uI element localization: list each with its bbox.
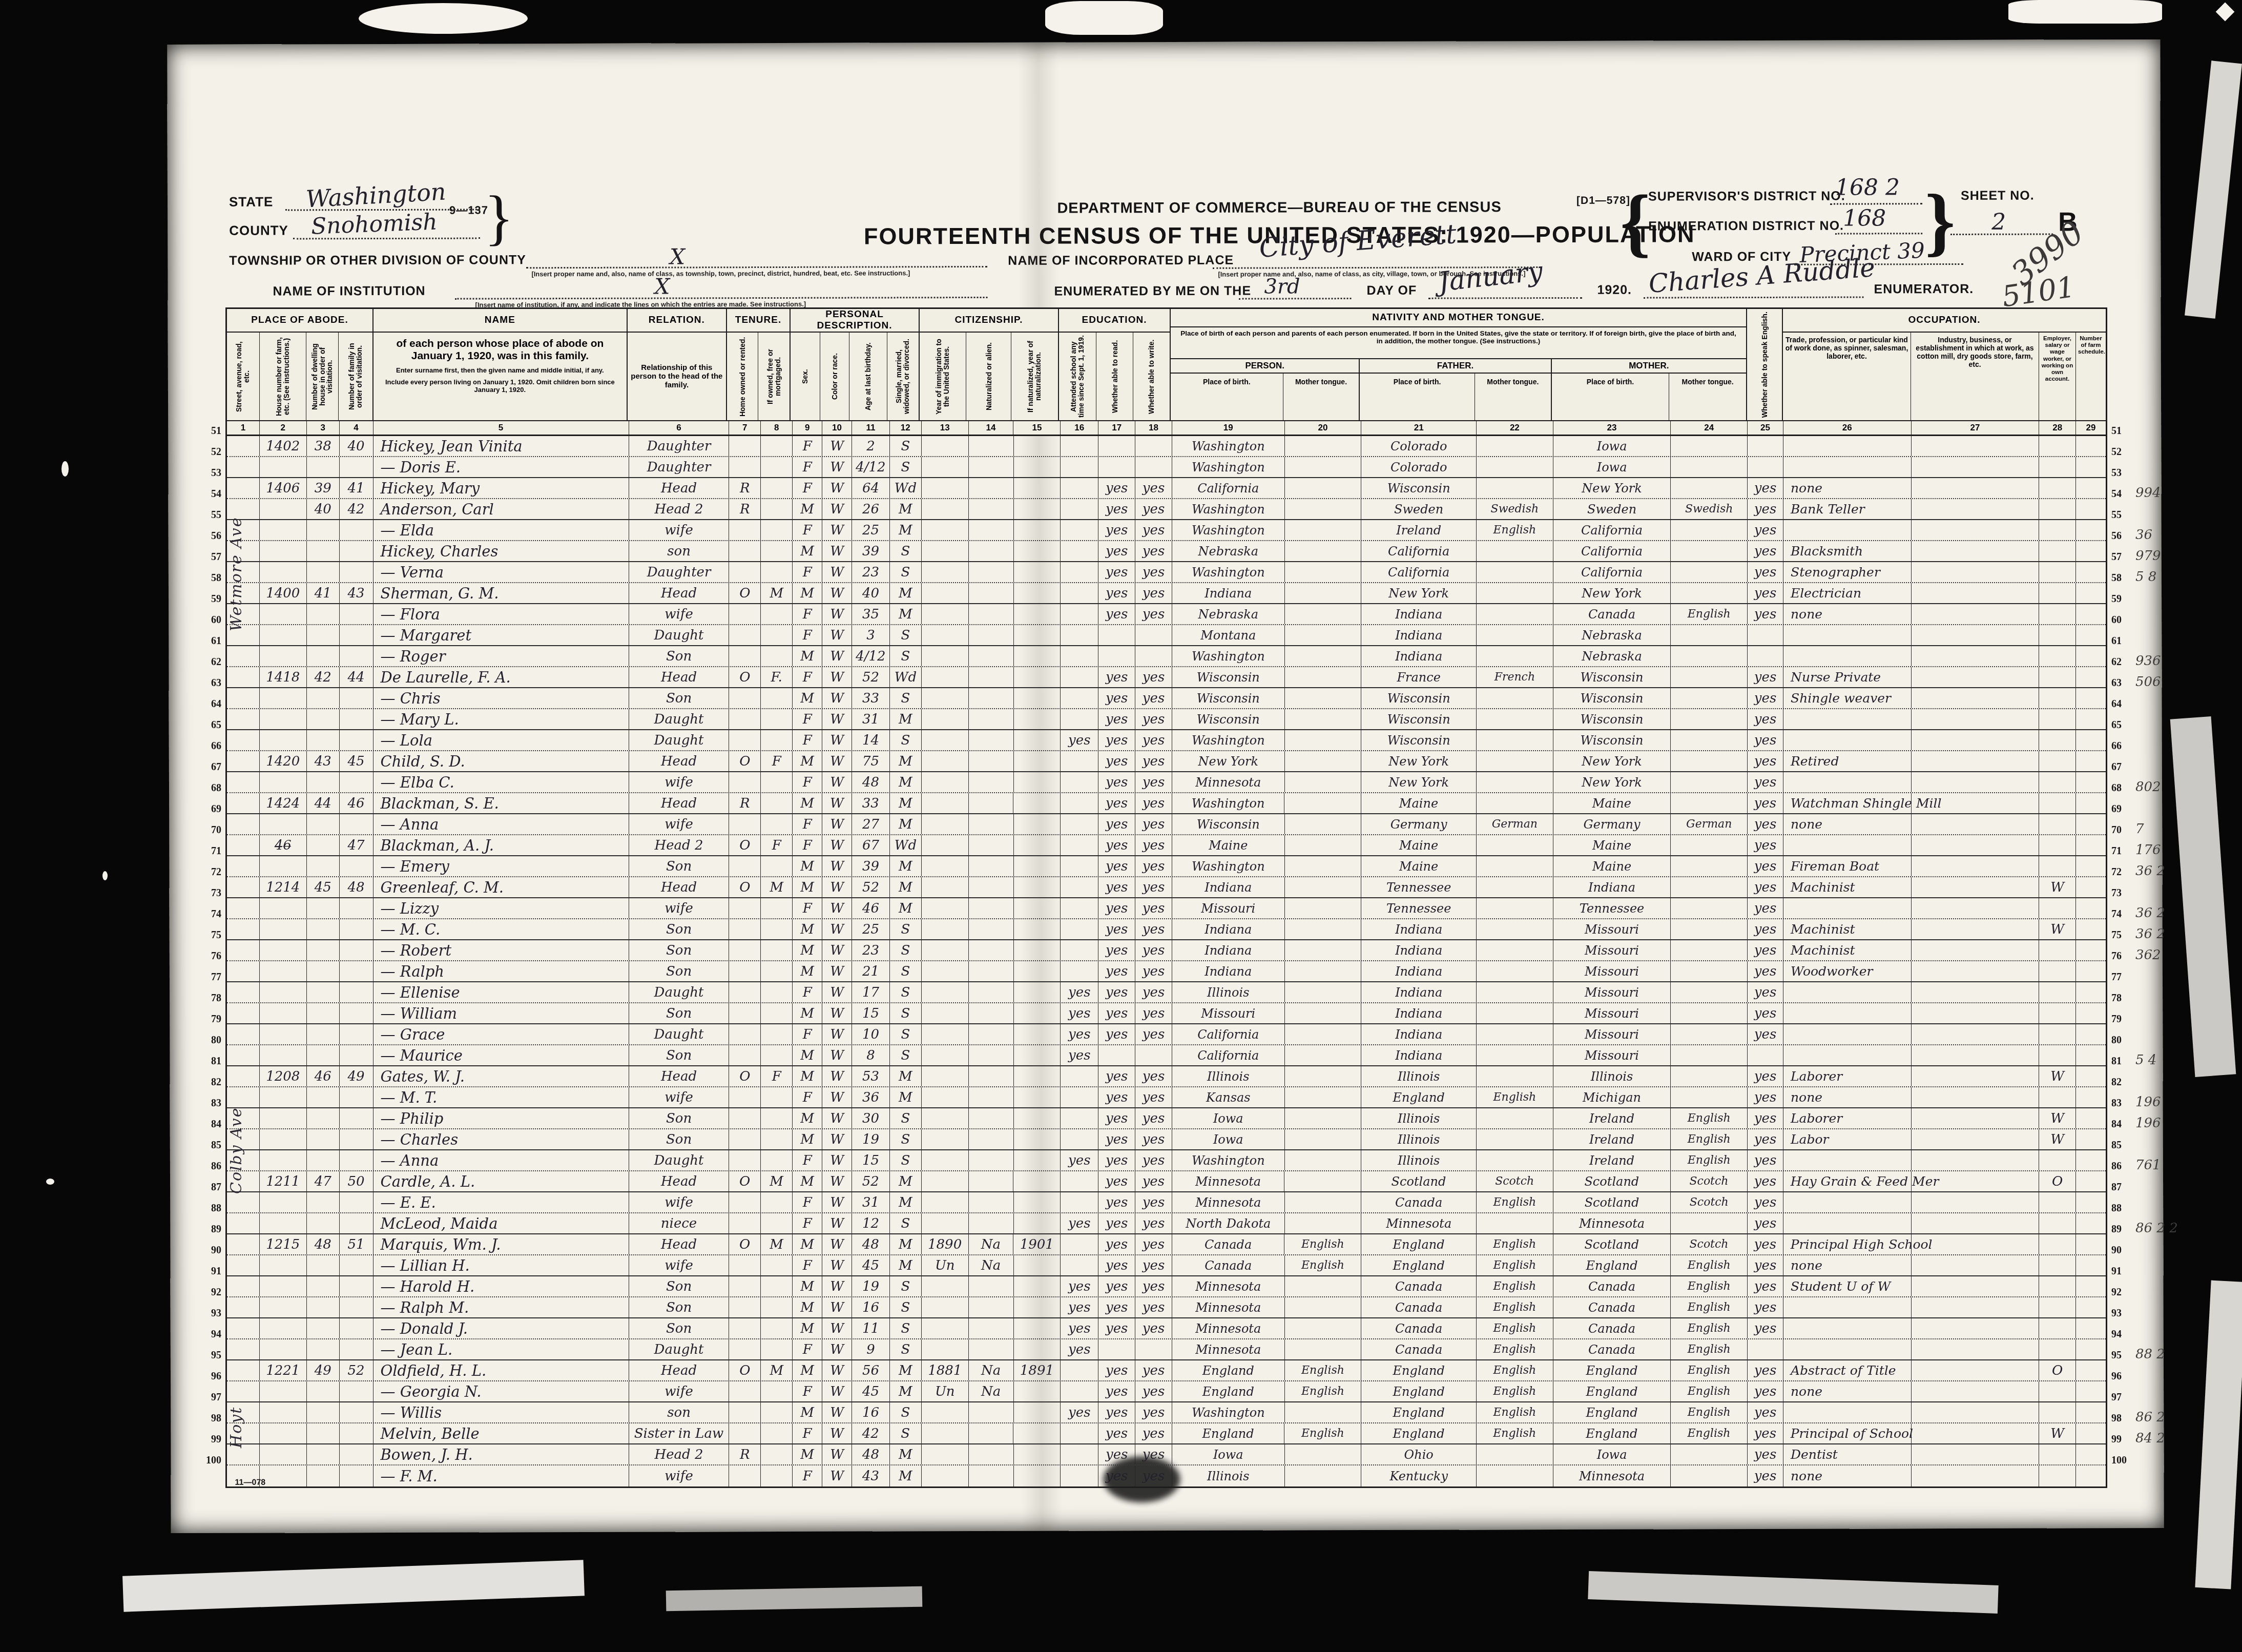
cell-col21: England xyxy=(1361,1381,1477,1401)
cell-col2 xyxy=(260,898,307,918)
cell-col29 xyxy=(2076,1129,2106,1149)
cell-col11: 3 xyxy=(852,625,890,645)
cell-col24: English xyxy=(1671,1402,1748,1422)
cell-col20 xyxy=(1284,1171,1361,1191)
cell-col26 xyxy=(1783,709,1912,729)
film-right-streak-1 xyxy=(2185,60,2242,319)
cell-col14 xyxy=(969,1276,1014,1296)
cell-col8 xyxy=(761,478,793,498)
cell-col22: English xyxy=(1477,1087,1553,1107)
cell-col4 xyxy=(340,562,373,582)
cell-col27 xyxy=(1912,1339,2040,1359)
cell-col19: Washington xyxy=(1172,646,1285,666)
cell-col24: English xyxy=(1671,1150,1748,1170)
cell-col15: 1891 xyxy=(1014,1360,1061,1380)
cell-col6: wife xyxy=(629,604,730,624)
cell-col20 xyxy=(1285,1108,1362,1128)
cell-col22 xyxy=(1477,625,1553,645)
cell-col6: Son xyxy=(629,940,730,960)
cell-col5: — Lizzy xyxy=(373,898,629,918)
cell-col8 xyxy=(761,688,793,708)
cell-col19: Indiana xyxy=(1172,583,1285,603)
cell-col28: W xyxy=(2039,1108,2076,1128)
cell-col2 xyxy=(260,772,307,792)
cell-col17: yes xyxy=(1098,835,1135,855)
cell-col18: yes xyxy=(1135,667,1172,687)
cell-col7 xyxy=(729,1465,761,1486)
cell-col29 xyxy=(2076,520,2106,540)
cell-col27 xyxy=(1912,1003,2040,1023)
cell-col8 xyxy=(761,982,793,1002)
cell-col22: Swedish xyxy=(1477,499,1553,519)
cell-col18: yes xyxy=(1135,583,1172,603)
cell-col28 xyxy=(2039,940,2076,960)
table-row-line-86: 12114750Cardle, A. L.HeadOMMW52MyesyesMi… xyxy=(227,1171,2106,1192)
cell-col4: 40 xyxy=(340,436,373,456)
cell-col19: Kansas xyxy=(1172,1087,1285,1107)
col-header-17: Whether able to read. xyxy=(1096,333,1133,420)
cell-col23: Iowa xyxy=(1553,1444,1671,1464)
cell-col11: 19 xyxy=(852,1276,890,1296)
table-row-line-78: — WilliamSonMW15SyesyesyesMissouriIndian… xyxy=(227,1003,2106,1024)
cell-col9: M xyxy=(793,1066,822,1086)
group-citizenship-title: CITIZENSHIP. xyxy=(920,309,1058,333)
cell-col16 xyxy=(1061,562,1098,582)
cell-col15 xyxy=(1014,1381,1061,1401)
cell-col4 xyxy=(340,1465,373,1486)
cell-col24: English xyxy=(1671,1423,1748,1443)
cell-col28 xyxy=(2039,646,2076,666)
cell-col4 xyxy=(340,1087,373,1107)
sheet-label: SHEET NO. xyxy=(1961,189,2035,203)
pencil-note-line-62: 936 xyxy=(2135,653,2161,669)
cell-col14 xyxy=(969,898,1014,918)
cell-col23: Iowa xyxy=(1553,436,1671,456)
line-number-right-59: 59 xyxy=(2111,593,2134,605)
street-name-2: Colby Ave xyxy=(227,1053,255,1248)
group-education-title: EDUCATION. xyxy=(1059,309,1170,333)
cell-col10: W xyxy=(822,583,852,603)
line-number-left-98: 98 xyxy=(201,1413,221,1424)
cell-col9: M xyxy=(793,1129,822,1149)
cell-col24 xyxy=(1671,667,1748,687)
cell-col29 xyxy=(2076,1444,2106,1464)
cell-col15 xyxy=(1014,1087,1061,1107)
cell-col1 xyxy=(227,1339,260,1359)
cell-col7 xyxy=(729,688,761,708)
cell-col27 xyxy=(1912,604,2040,624)
cell-col28 xyxy=(2039,898,2076,918)
cell-col26: Nurse Private xyxy=(1783,667,1912,687)
cell-col7: R xyxy=(729,793,761,813)
cell-col21: Maine xyxy=(1361,856,1477,876)
cell-col5: Cardle, A. L. xyxy=(373,1171,629,1191)
line-number-left-95: 95 xyxy=(201,1350,221,1361)
cell-col21: Indiana xyxy=(1361,961,1477,981)
cell-col7 xyxy=(729,1381,761,1401)
cell-col6: son xyxy=(629,1402,730,1422)
cell-col10: W xyxy=(822,667,852,687)
cell-col19: Minnesota xyxy=(1172,1276,1285,1296)
cell-col14 xyxy=(969,982,1014,1002)
cell-col13 xyxy=(922,1087,969,1107)
county-value: Snohomish xyxy=(310,209,438,239)
cell-col26 xyxy=(1783,1045,1912,1065)
line-number-right-55: 55 xyxy=(2111,509,2134,521)
cell-col27 xyxy=(1912,688,2040,708)
table-row-line-54: 4042Anderson, CarlHead 2RMW26MyesyesWash… xyxy=(227,499,2106,520)
table-row-line-58: 14004143Sherman, G. M.HeadOMMW40MyesyesI… xyxy=(227,583,2106,604)
cell-col9: M xyxy=(793,1003,822,1023)
cell-col4: 48 xyxy=(340,877,373,897)
cell-col11: 15 xyxy=(852,1003,890,1023)
cell-col7: R xyxy=(729,1444,761,1464)
cell-col5: Bowen, J. H. xyxy=(373,1444,629,1464)
cell-col13 xyxy=(922,1339,969,1359)
cell-col14 xyxy=(969,709,1014,729)
cell-col8 xyxy=(761,1108,793,1128)
cell-col23: Indiana xyxy=(1553,877,1671,897)
cell-col27 xyxy=(1912,919,2040,939)
cell-col2 xyxy=(260,961,307,981)
cell-col1 xyxy=(227,1360,260,1380)
cell-col10: W xyxy=(822,1213,852,1233)
cell-col28 xyxy=(2039,457,2076,477)
line-number-left-51: 51 xyxy=(201,425,221,437)
cell-col10: W xyxy=(822,436,852,456)
cell-col21: Indiana xyxy=(1361,940,1477,960)
table-body: 14023840Hickey, Jean VinitaDaughterFW2SW… xyxy=(225,436,2107,1488)
cell-col27 xyxy=(1912,1045,2040,1065)
cell-col8 xyxy=(761,919,793,939)
group-place-of-abode-title: PLACE OF ABODE. xyxy=(227,309,372,333)
cell-col22: German xyxy=(1477,814,1553,834)
line-number-right-70: 70 xyxy=(2111,824,2134,836)
cell-col16 xyxy=(1061,1171,1098,1191)
cell-col21: Indiana xyxy=(1361,982,1477,1002)
cell-col25 xyxy=(1748,1045,1783,1065)
cell-col3 xyxy=(307,457,340,477)
group-citizenship: CITIZENSHIP.Year of immigration to the U… xyxy=(920,309,1059,420)
line-number-right-72: 72 xyxy=(2111,866,2134,878)
cell-col18: yes xyxy=(1135,856,1172,876)
cell-col7 xyxy=(729,625,761,645)
cell-col10: W xyxy=(822,1108,852,1128)
cell-col24: English xyxy=(1671,1255,1748,1275)
cell-col13 xyxy=(922,1192,969,1212)
cell-col24 xyxy=(1671,1213,1748,1233)
cell-col26: none xyxy=(1783,1087,1912,1107)
cell-col1 xyxy=(227,835,260,855)
cell-col15 xyxy=(1014,583,1061,603)
cell-col12: M xyxy=(890,1234,922,1254)
cell-col21: England xyxy=(1361,1360,1477,1380)
line-number-right-65: 65 xyxy=(2111,719,2134,731)
cell-col4: 44 xyxy=(340,667,373,687)
cell-col19: Wisconsin xyxy=(1172,667,1285,687)
cell-col15 xyxy=(1014,709,1061,729)
line-number-right-98: 98 xyxy=(2111,1413,2134,1424)
cell-col2: 1418 xyxy=(260,667,307,687)
cell-col9: M xyxy=(793,1402,822,1422)
cell-col3 xyxy=(307,625,340,645)
cell-col4 xyxy=(340,1255,373,1275)
cell-col27 xyxy=(1912,1024,2040,1044)
cell-col15 xyxy=(1014,835,1061,855)
cell-col24 xyxy=(1671,625,1748,645)
line-number-left-79: 79 xyxy=(201,1014,221,1025)
cell-col6: wife xyxy=(629,772,730,792)
cell-col12: M xyxy=(890,751,922,771)
cell-col10: W xyxy=(822,793,852,813)
cell-col5: — Jean L. xyxy=(373,1339,629,1359)
cell-col13 xyxy=(922,898,969,918)
line-number-right-75: 75 xyxy=(2111,930,2134,941)
cell-col20 xyxy=(1285,709,1362,729)
col-number-9: 9 xyxy=(793,421,822,435)
cell-col4 xyxy=(340,1423,373,1443)
cell-col26: none xyxy=(1783,604,1912,624)
table-row-line-70: 4̶6̶47Blackman, A. J.Head 2OFFW67Wdyesye… xyxy=(227,835,2106,856)
pencil-note-line-95: 88 2 xyxy=(2135,1347,2165,1362)
cell-col13 xyxy=(922,499,969,519)
cell-col18 xyxy=(1135,1339,1172,1359)
cell-col17: yes xyxy=(1098,1192,1135,1212)
cell-col8: F xyxy=(761,751,793,771)
cell-col22 xyxy=(1477,709,1553,729)
cell-col6: Head 2 xyxy=(629,1444,730,1464)
cell-col7 xyxy=(729,772,761,792)
cell-col4 xyxy=(340,625,373,645)
cell-col17: yes xyxy=(1098,877,1135,897)
group-occupation-title: OCCUPATION. xyxy=(1783,309,2106,333)
cell-col16 xyxy=(1061,751,1098,771)
cell-col1 xyxy=(227,961,260,981)
cell-col28 xyxy=(2039,520,2076,540)
cell-col4 xyxy=(340,1381,373,1401)
col-number-4: 4 xyxy=(340,421,373,435)
cell-col16 xyxy=(1061,835,1098,855)
cell-col8 xyxy=(761,1150,793,1170)
cell-col12: M xyxy=(890,898,922,918)
col-header-8: If owned, free or mortgaged. xyxy=(758,333,790,420)
cell-col24 xyxy=(1671,457,1748,477)
cell-col5: — Mary L. xyxy=(373,709,629,729)
line-number-left-88: 88 xyxy=(201,1203,221,1214)
cell-col2: 1406 xyxy=(260,478,307,498)
cell-col14 xyxy=(969,1444,1014,1464)
cell-col18 xyxy=(1135,457,1172,477)
cell-col27 xyxy=(1912,625,2040,645)
cell-col12: S xyxy=(890,688,922,708)
cell-col11: 36 xyxy=(852,1087,890,1107)
cell-col14 xyxy=(969,562,1014,582)
cell-col20 xyxy=(1285,1150,1362,1170)
cell-col25 xyxy=(1748,625,1783,645)
cell-col16 xyxy=(1061,1381,1098,1401)
cell-col25: yes xyxy=(1748,1213,1783,1233)
cell-col7: O xyxy=(729,1066,761,1086)
cell-col16: yes xyxy=(1061,1045,1098,1065)
cell-col16 xyxy=(1061,793,1098,813)
cell-col23: Nebraska xyxy=(1553,646,1671,666)
cell-col2 xyxy=(260,1192,307,1212)
cell-col12: S xyxy=(890,1024,922,1044)
cell-col17: yes xyxy=(1098,583,1135,603)
cell-col16: yes xyxy=(1061,1213,1098,1233)
cell-col17: yes xyxy=(1098,730,1135,750)
cell-col5: — M. T. xyxy=(373,1087,629,1107)
cell-col25: yes xyxy=(1748,856,1783,876)
cell-col6: Son xyxy=(629,961,730,981)
cell-col19: Iowa xyxy=(1172,1129,1285,1149)
cell-col8: M xyxy=(761,583,793,603)
cell-col19: Nebraska xyxy=(1172,541,1285,561)
cell-col3: 49 xyxy=(307,1360,340,1380)
cell-col19: Montana xyxy=(1172,625,1285,645)
table-row-line-85: — AnnaDaughtFW15SyesyesyesWashingtonIlli… xyxy=(227,1150,2106,1171)
cell-col19: California xyxy=(1172,1024,1285,1044)
cell-col3: 43 xyxy=(307,751,340,771)
table-row-line-69: — AnnawifeFW27MyesyesWisconsinGermanyGer… xyxy=(227,814,2106,835)
cell-col26: Hay Grain & Feed Mer xyxy=(1783,1171,1912,1191)
cell-col21: Sweden xyxy=(1361,499,1477,519)
cell-col12: S xyxy=(890,457,922,477)
cell-col7 xyxy=(729,646,761,666)
cell-col10: W xyxy=(822,1444,852,1464)
cell-col7 xyxy=(729,1192,761,1212)
cell-col10: W xyxy=(822,856,852,876)
cell-col14 xyxy=(969,499,1014,519)
cell-col23: Ireland xyxy=(1553,1129,1671,1149)
cell-col25: yes xyxy=(1748,709,1783,729)
cell-col3: 47 xyxy=(307,1171,340,1191)
cell-col14 xyxy=(969,604,1014,624)
cell-col3 xyxy=(307,1381,340,1401)
cell-col17: yes xyxy=(1098,688,1135,708)
cell-col3 xyxy=(307,1276,340,1296)
cell-col7: O xyxy=(729,751,761,771)
col-header-9: Sex. xyxy=(791,333,820,420)
cell-col24 xyxy=(1671,751,1748,771)
cell-col2: 1215 xyxy=(260,1234,307,1254)
cell-col25: yes xyxy=(1748,541,1783,561)
cell-col26: Woodworker xyxy=(1783,961,1912,981)
cell-col18: yes xyxy=(1135,1318,1172,1338)
cell-col11: 17 xyxy=(852,982,890,1002)
cell-col14 xyxy=(969,751,1014,771)
cell-col8 xyxy=(761,520,793,540)
line-number-right-56: 56 xyxy=(2111,530,2134,542)
cell-col27 xyxy=(1912,1297,2040,1317)
cell-col6: Daught xyxy=(629,1024,730,1044)
cell-col29 xyxy=(2076,919,2106,939)
cell-col5: — Anna xyxy=(373,1150,629,1170)
cell-col22 xyxy=(1477,940,1553,960)
cell-col4 xyxy=(340,1024,373,1044)
table-row-line-68: 14244446Blackman, S. E.HeadRMW33MyesyesW… xyxy=(227,793,2106,814)
cell-col23: Canada xyxy=(1553,1318,1671,1338)
cell-col11: 40 xyxy=(852,583,890,603)
cell-col24 xyxy=(1671,520,1748,540)
cell-col8 xyxy=(761,793,793,813)
cell-col25: yes xyxy=(1748,1087,1783,1107)
enum-district-label: ENUMERATION DISTRICT NO. xyxy=(1648,219,1844,234)
film-left-speck-2 xyxy=(102,871,108,880)
line-number-left-72: 72 xyxy=(201,866,221,878)
cell-col9: M xyxy=(793,1171,822,1191)
col-number-5: 5 xyxy=(373,421,629,435)
line-number-right-80: 80 xyxy=(2111,1035,2134,1046)
cell-col6: Son xyxy=(629,1108,730,1128)
cell-col22 xyxy=(1477,562,1553,582)
street-name-1: Wetmore Ave xyxy=(227,464,255,684)
cell-col14 xyxy=(969,856,1014,876)
cell-col6: Head 2 xyxy=(629,835,730,855)
cell-col16 xyxy=(1061,856,1098,876)
cell-col20: English xyxy=(1284,1234,1361,1254)
cell-col12: S xyxy=(890,1339,922,1359)
cell-col28 xyxy=(2039,982,2076,1002)
cell-col20 xyxy=(1285,1339,1362,1359)
cell-col23: Canada xyxy=(1553,1276,1671,1296)
cell-col22: English xyxy=(1477,1276,1553,1296)
cell-col21: Wisconsin xyxy=(1361,478,1477,498)
cell-col29 xyxy=(2076,940,2106,960)
cell-col28 xyxy=(2039,1234,2076,1254)
cell-col29 xyxy=(2076,1297,2106,1317)
cell-col20: English xyxy=(1285,1381,1362,1401)
cell-col27 xyxy=(1912,478,2040,498)
cell-col6: Son xyxy=(629,646,730,666)
cell-col26 xyxy=(1783,1402,1912,1422)
cell-col29 xyxy=(2076,1318,2106,1338)
cell-col8: M xyxy=(761,1171,793,1191)
cell-col14 xyxy=(969,520,1014,540)
cell-col10: W xyxy=(822,877,852,897)
cell-col17: yes xyxy=(1098,1087,1135,1107)
cell-col8 xyxy=(761,1129,793,1149)
cell-col6: Daughter xyxy=(629,457,730,477)
cell-col12: M xyxy=(890,877,922,897)
cell-col6: Son xyxy=(629,1045,730,1065)
cell-col23: New York xyxy=(1553,772,1671,792)
cell-col24 xyxy=(1671,940,1748,960)
table-row-line-74: — M. C.SonMW25SyesyesIndianaIndianaMisso… xyxy=(227,919,2106,940)
cell-col19: Washington xyxy=(1172,730,1285,750)
cell-col17: yes xyxy=(1098,1108,1135,1128)
cell-col7 xyxy=(729,541,761,561)
line-number-left-83: 83 xyxy=(201,1098,221,1109)
cell-col8 xyxy=(761,1276,793,1296)
cell-col6: Head xyxy=(629,1360,730,1380)
cell-col26: Machinist xyxy=(1783,919,1912,939)
cell-col12: S xyxy=(890,646,922,666)
col-number-24: 24 xyxy=(1671,421,1748,435)
cell-col22 xyxy=(1477,772,1553,792)
cell-col28 xyxy=(2039,688,2076,708)
cell-col5: — Donald J. xyxy=(373,1318,629,1338)
table-row-line-55: — EldawifeFW25MyesyesWashingtonIrelandEn… xyxy=(227,520,2106,541)
cell-col27 xyxy=(1912,1129,2040,1149)
line-number-right-61: 61 xyxy=(2111,635,2134,647)
cell-col5: — Robert xyxy=(373,940,629,960)
cell-col19: Iowa xyxy=(1172,1444,1285,1464)
col-header-2: House number or farm, etc. (See instruct… xyxy=(260,333,306,420)
cell-col23: California xyxy=(1553,520,1671,540)
cell-col21: Canada xyxy=(1361,1318,1477,1338)
cell-col22 xyxy=(1477,919,1553,939)
